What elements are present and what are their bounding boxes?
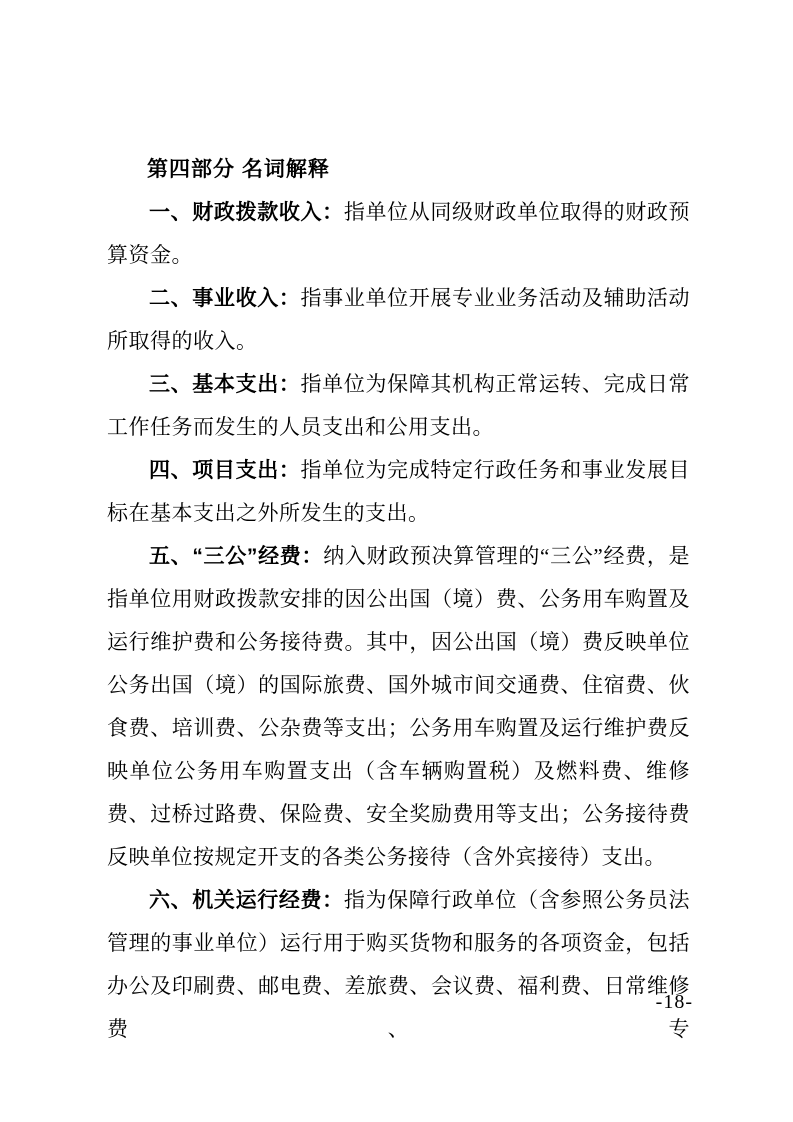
- term-label: 一、财政拨款收入：: [149, 201, 344, 224]
- section-heading: 第四部分 名词解释: [147, 148, 690, 191]
- term-definition: 纳入财政预决算管理的“三公”经费，是指单位用财政拨款安排的因公出国（境）费、公务…: [107, 544, 690, 869]
- content-area: 第四部分 名词解释 一、财政拨款收入：指单位从同级财政单位取得的财政预算资金。二…: [107, 148, 690, 1051]
- definition-paragraph: 四、项目支出：指单位为完成特定行政任务和事业发展目标在基本支出之外所发生的支出。: [107, 449, 690, 535]
- definition-paragraph: 三、基本支出：指单位为保障其机构正常运转、完成日常工作任务而发生的人员支出和公用…: [107, 363, 690, 449]
- definition-paragraph: 五、“三公”经费：纳入财政预决算管理的“三公”经费，是指单位用财政拨款安排的因公…: [107, 535, 690, 879]
- term-label: 五、“三公”经费：: [149, 545, 323, 568]
- definition-paragraph: 二、事业收入：指事业单位开展专业业务活动及辅助活动所取得的收入。: [107, 277, 690, 363]
- term-label: 三、基本支出：: [149, 373, 301, 396]
- document-page: 第四部分 名词解释 一、财政拨款收入：指单位从同级财政单位取得的财政预算资金。二…: [0, 0, 793, 1122]
- definition-list: 一、财政拨款收入：指单位从同级财政单位取得的财政预算资金。二、事业收入：指事业单…: [107, 191, 690, 1051]
- definition-paragraph: 六、机关运行经费：指为保障行政单位（含参照公务员法管理的事业单位）运行用于购买货…: [107, 879, 690, 1051]
- page-number: -18-: [656, 990, 693, 1014]
- definition-paragraph: 一、财政拨款收入：指单位从同级财政单位取得的财政预算资金。: [107, 191, 690, 277]
- term-label: 四、项目支出：: [149, 459, 301, 482]
- term-label: 二、事业收入：: [149, 287, 301, 310]
- term-label: 六、机关运行经费：: [149, 889, 344, 912]
